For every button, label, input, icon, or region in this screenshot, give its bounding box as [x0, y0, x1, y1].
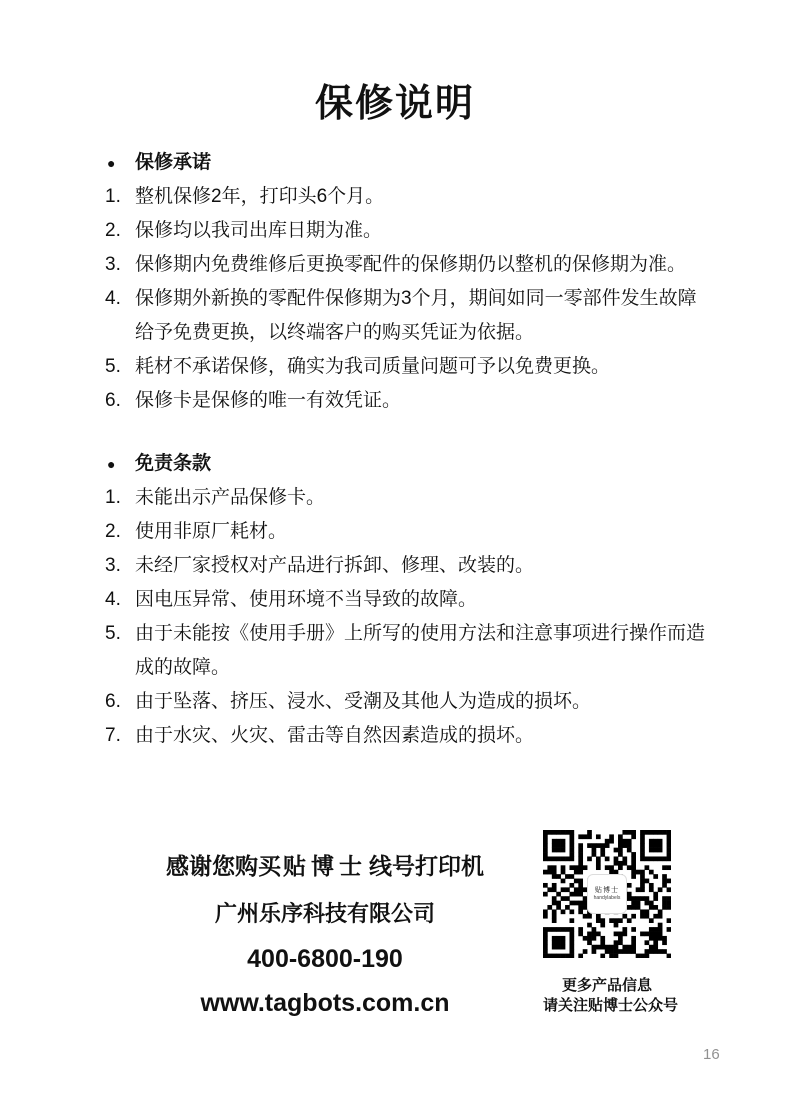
qr-center-label: 贴博士 handylabels: [587, 874, 627, 914]
item-number: 1.: [105, 180, 121, 214]
item-text: 未能出示产品保修卡。: [135, 487, 325, 508]
list-item: 1. 整机保修2年，打印头6个月。: [105, 180, 710, 214]
item-number: 3.: [105, 549, 121, 583]
company-name: 广州乐序科技有限公司: [85, 902, 565, 926]
item-number: 6.: [105, 685, 121, 719]
section-title: 免责条款: [135, 453, 211, 474]
list-item: 5. 由于未能按《使用手册》上所写的使用方法和注意事项进行操作而造成的故障。: [105, 617, 710, 685]
disclaimer-list: 1. 未能出示产品保修卡。 2. 使用非原厂耗材。 3. 未经厂家授权对产品进行…: [105, 481, 710, 753]
item-number: 4.: [105, 282, 121, 316]
thanks-prefix: 感谢您购买: [166, 853, 281, 879]
warranty-promise-list: 1. 整机保修2年，打印头6个月。 2. 保修均以我司出库日期为准。 3. 保修…: [105, 180, 710, 418]
item-text: 由于水灾、火灾、雷击等自然因素造成的损坏。: [135, 725, 534, 746]
item-text: 因电压异常、使用环境不当导致的故障。: [135, 589, 477, 610]
website-url: www.tagbots.com.cn: [85, 991, 565, 1015]
thanks-suffix: 线号打印机: [369, 853, 484, 879]
footer-company-block: 感谢您购买贴博士线号打印机 广州乐序科技有限公司 400-6800-190 ww…: [85, 854, 565, 1015]
qr-label-en: handylabels: [594, 895, 621, 902]
thanks-line: 感谢您购买贴博士线号打印机: [85, 854, 565, 879]
bullet-icon: ●: [107, 146, 115, 180]
item-text: 保修均以我司出库日期为准。: [135, 220, 382, 241]
qr-caption: 更多产品信息 请关注贴博士公众号: [543, 976, 671, 1016]
item-text: 未经厂家授权对产品进行拆卸、修理、改装的。: [135, 555, 534, 576]
manual-page: 保修说明 ● 保修承诺 1. 整机保修2年，打印头6个月。 2. 保修均以我司出…: [0, 0, 790, 1117]
section-heading-row: ● 免责条款: [105, 447, 710, 481]
item-number: 2.: [105, 214, 121, 248]
list-item: 7. 由于水灾、火灾、雷击等自然因素造成的损坏。: [105, 719, 710, 753]
qr-code: 贴博士 handylabels: [543, 830, 671, 958]
section-warranty-promise: ● 保修承诺 1. 整机保修2年，打印头6个月。 2. 保修均以我司出库日期为准…: [105, 146, 710, 418]
list-item: 4. 因电压异常、使用环境不当导致的故障。: [105, 583, 710, 617]
section-heading-row: ● 保修承诺: [105, 146, 710, 180]
list-item: 3. 未经厂家授权对产品进行拆卸、修理、改装的。: [105, 549, 710, 583]
item-number: 5.: [105, 617, 121, 651]
item-text: 由于未能按《使用手册》上所写的使用方法和注意事项进行操作而造成的故障。: [135, 623, 705, 678]
item-number: 3.: [105, 248, 121, 282]
item-text: 整机保修2年，打印头6个月。: [135, 186, 384, 207]
item-text: 保修卡是保修的唯一有效凭证。: [135, 390, 401, 411]
list-item: 6. 保修卡是保修的唯一有效凭证。: [105, 384, 710, 418]
qr-label-cn: 贴博士: [595, 886, 619, 895]
list-item: 4. 保修期外新换的零配件保修期为3个月，期间如同一零部件发生故障给予免费更换，…: [105, 282, 710, 350]
item-text: 使用非原厂耗材。: [135, 521, 287, 542]
list-item: 1. 未能出示产品保修卡。: [105, 481, 710, 515]
bullet-icon: ●: [107, 447, 115, 481]
qr-block: 贴博士 handylabels 更多产品信息 请关注贴博士公众号: [543, 830, 671, 1016]
phone-number: 400-6800-190: [85, 947, 565, 971]
list-item: 2. 保修均以我司出库日期为准。: [105, 214, 710, 248]
qr-caption-line1: 更多产品信息: [543, 976, 671, 996]
qr-caption-line2: 请关注贴博士公众号: [543, 996, 671, 1016]
item-text: 耗材不承诺保修，确实为我司质量问题可予以免费更换。: [135, 356, 610, 377]
item-text: 保修期内免费维修后更换零配件的保修期仍以整机的保修期为准。: [135, 254, 686, 275]
list-item: 5. 耗材不承诺保修，确实为我司质量问题可予以免费更换。: [105, 350, 710, 384]
brand-name: 贴博士: [283, 853, 367, 880]
section-title: 保修承诺: [135, 152, 211, 173]
item-text: 保修期外新换的零配件保修期为3个月，期间如同一零部件发生故障给予免费更换，以终端…: [135, 288, 697, 343]
list-item: 6. 由于坠落、挤压、浸水、受潮及其他人为造成的损坏。: [105, 685, 710, 719]
section-disclaimer: ● 免责条款 1. 未能出示产品保修卡。 2. 使用非原厂耗材。 3. 未经厂家…: [105, 447, 710, 753]
item-number: 2.: [105, 515, 121, 549]
item-number: 7.: [105, 719, 121, 753]
item-number: 5.: [105, 350, 121, 384]
item-number: 1.: [105, 481, 121, 515]
item-number: 4.: [105, 583, 121, 617]
page-number: 16: [703, 1046, 720, 1063]
item-text: 由于坠落、挤压、浸水、受潮及其他人为造成的损坏。: [135, 691, 591, 712]
list-item: 3. 保修期内免费维修后更换零配件的保修期仍以整机的保修期为准。: [105, 248, 710, 282]
item-number: 6.: [105, 384, 121, 418]
page-title: 保修说明: [0, 72, 790, 127]
page-content: ● 保修承诺 1. 整机保修2年，打印头6个月。 2. 保修均以我司出库日期为准…: [105, 146, 710, 753]
list-item: 2. 使用非原厂耗材。: [105, 515, 710, 549]
